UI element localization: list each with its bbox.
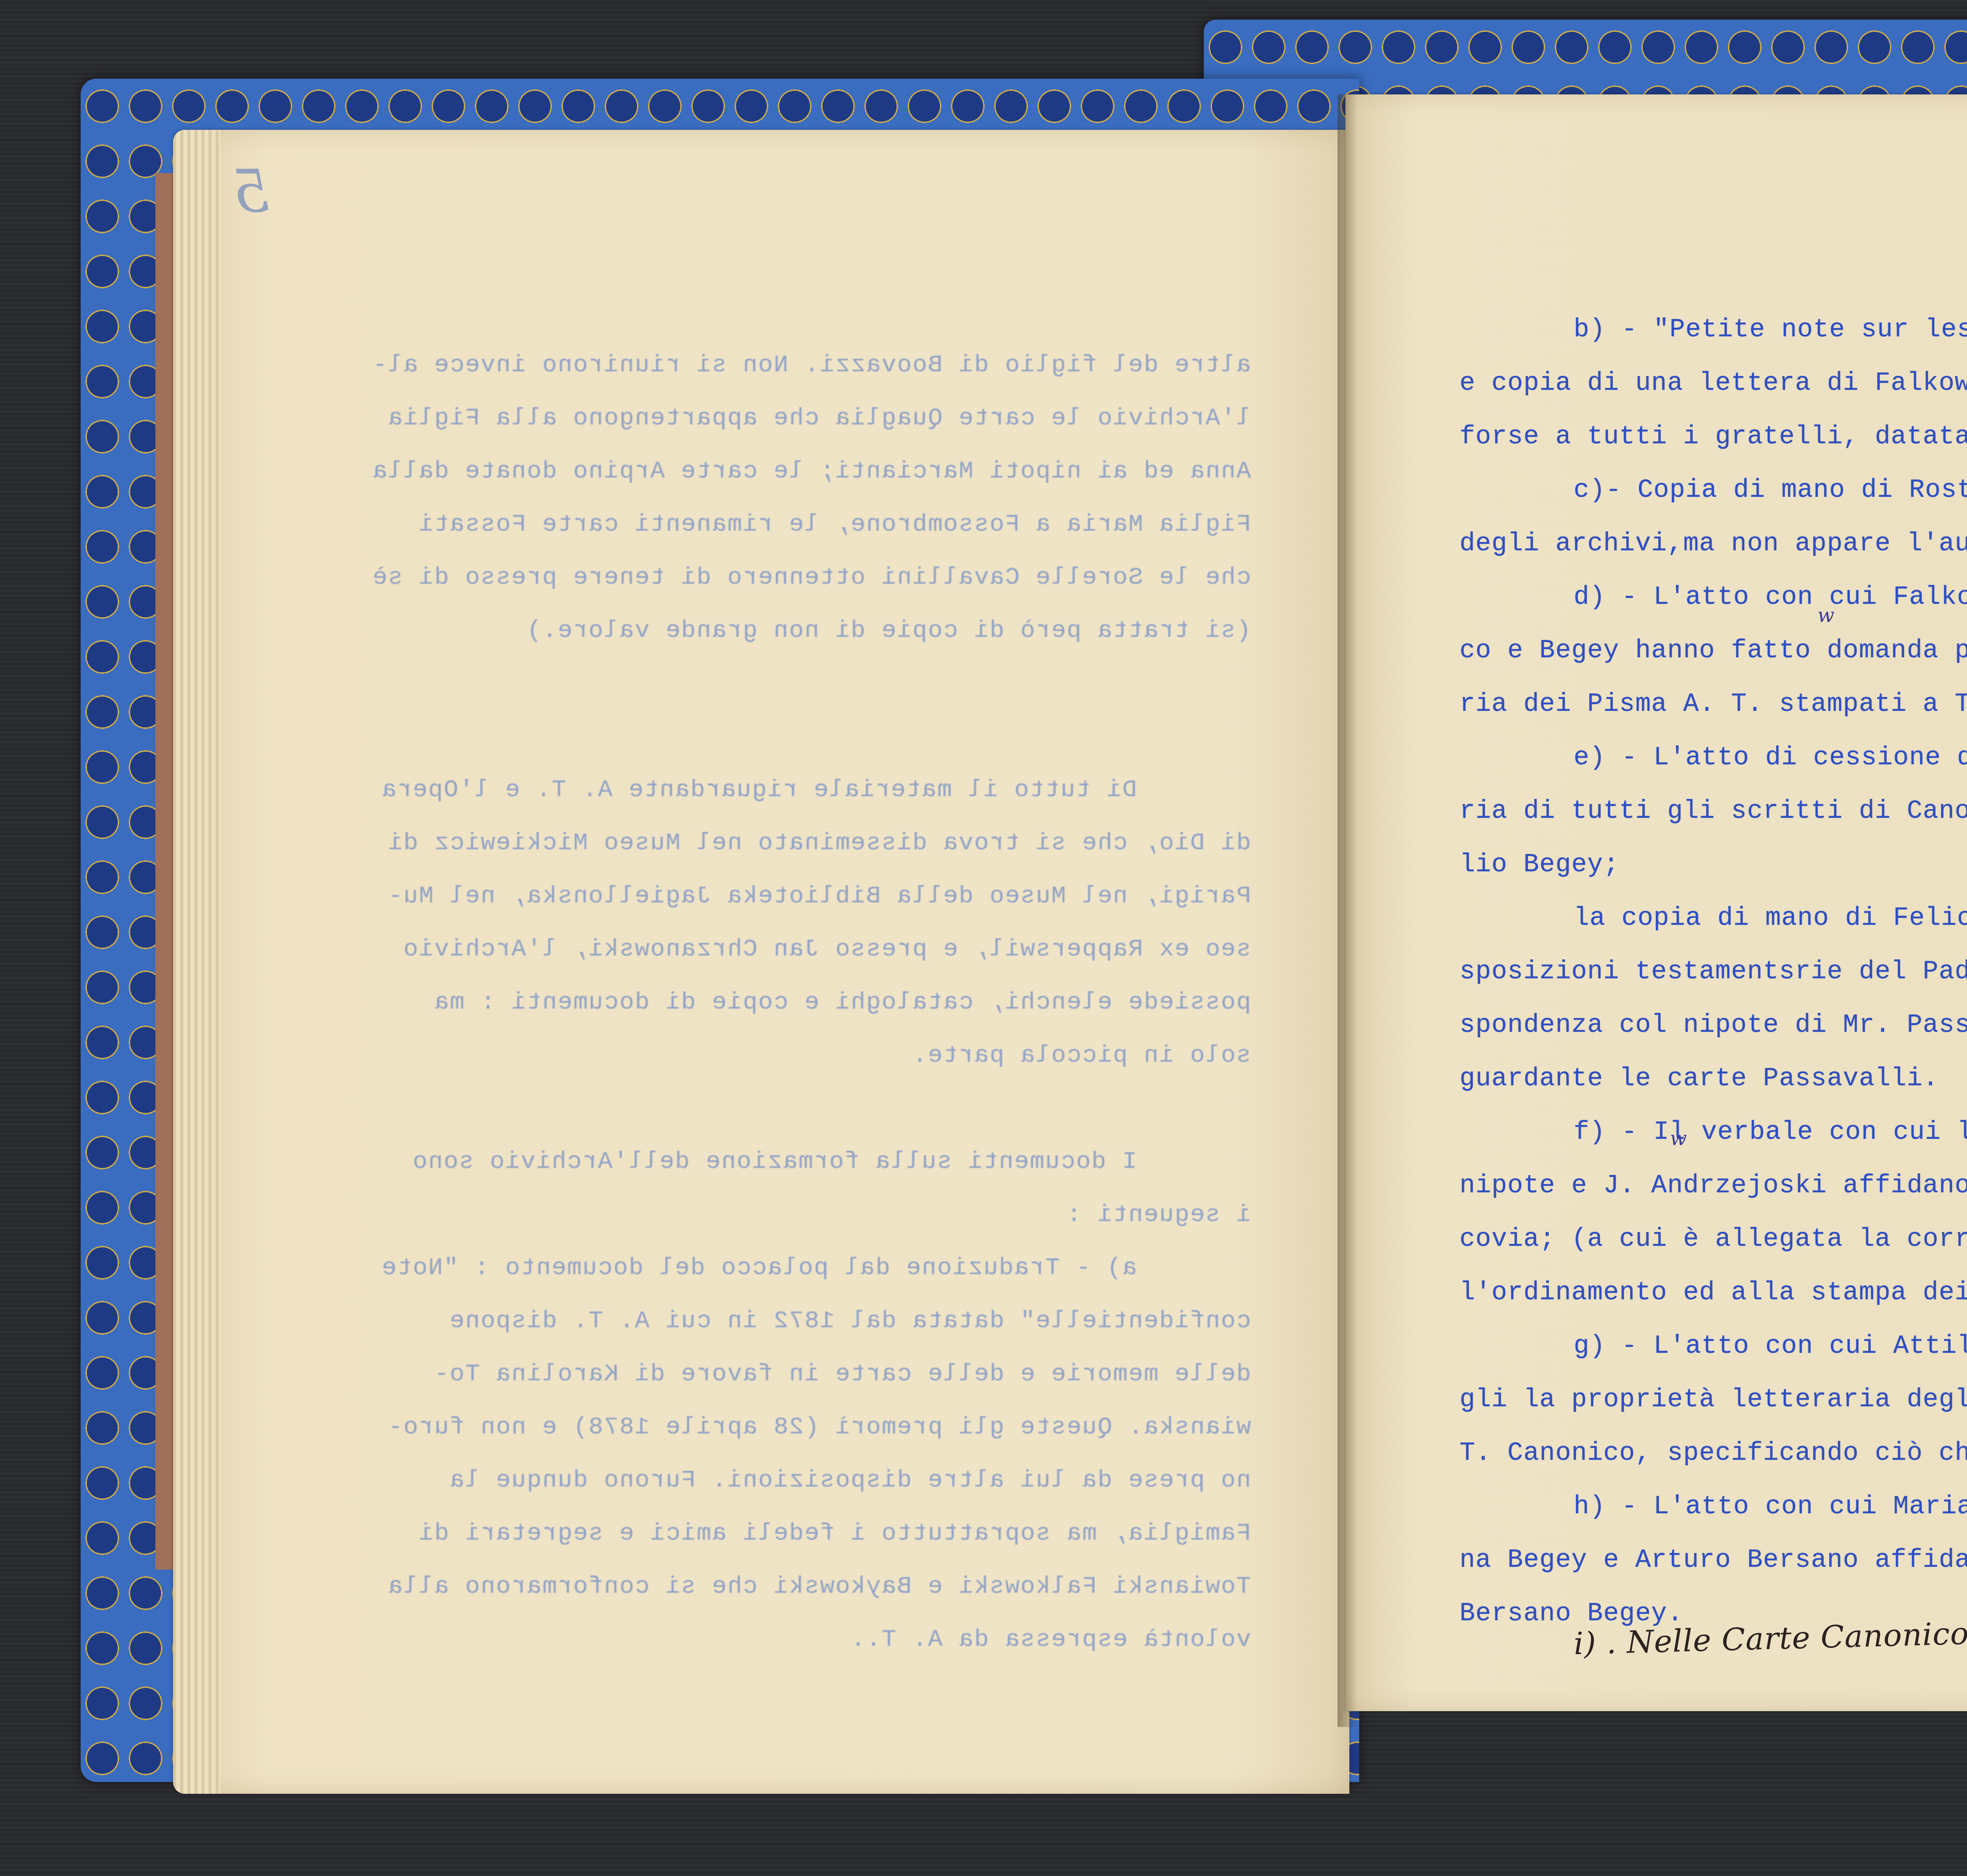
typed-line-g: g) - L'atto con cui Attilio Begey dona a… xyxy=(1460,1319,1967,1373)
offset-line: Anna ed ai nipoti Marcianti; le carte Ar… xyxy=(346,445,1251,498)
right-page-typed-text: b) - "Petite note sur les Archives" - tr… xyxy=(1460,303,1967,1640)
offset-line: Di tutto il materiale riguardante A. T. … xyxy=(346,763,1251,816)
offset-line: volontà espressa da A. T.. xyxy=(346,1613,1251,1666)
offset-line: seo ex Rapperswil, e presso Jan Chrzanow… xyxy=(346,922,1251,976)
typed-line-e: e) - L'atto di cessione della proprietà … xyxy=(1460,731,1967,784)
offset-line: no prese da lui altre disposizioni. Furo… xyxy=(346,1454,1251,1507)
offset-line: di Dio, che si trova disseminato nel Mus… xyxy=(346,816,1251,869)
typed-line: degli archivi,ma non appare l'autore. xyxy=(1460,517,1967,570)
typed-line-c: c)- Copia di mano di Rostagno sull'ordin… xyxy=(1460,463,1967,517)
typed-line: sposizioni testamentsrie del Padre per B… xyxy=(1460,945,1967,998)
offset-line: i seguenti : xyxy=(346,1188,1251,1241)
offset-line: Parigi, nel Museo della Biblioteka Jagie… xyxy=(346,869,1251,922)
typed-line-h: h) - L'atto con cui Maria Begey in Bersa… xyxy=(1460,1480,1967,1533)
offset-line: Famiglia, ma soprattutto i fedeli amici … xyxy=(346,1507,1251,1560)
left-page-number-mirrored: 5 xyxy=(232,157,269,226)
typed-line-b: b) - "Petite note sur les Archives" - tr… xyxy=(1460,303,1967,356)
offset-line: Towianski Falkowski e Baykowski che si c… xyxy=(346,1560,1251,1613)
typed-line: na Begey e Arturo Bersano affidano gli a… xyxy=(1460,1533,1967,1587)
typed-line: lio Begey; xyxy=(1460,838,1967,891)
handwritten-correction-falkowski: w xyxy=(1818,604,1834,627)
typed-line: covia; (a cui è allegata la corrisponden… xyxy=(1460,1212,1967,1266)
typed-line: co e Begey hanno fatto domanda per la pr… xyxy=(1460,624,1967,677)
offset-line: possiede elenchi, cataloghi e copie di d… xyxy=(346,976,1251,1029)
typed-line: T. Canonico, specificando ciò che ha sol… xyxy=(1460,1426,1967,1480)
left-page-offset-text: altre del figlio di Boovazzi. Non si riu… xyxy=(346,338,1251,1666)
typed-line: guardante le carte Passavalli. xyxy=(1460,1052,1967,1105)
offset-line: a) - Traduzione dal polacco del document… xyxy=(346,1241,1251,1294)
handwritten-correction-andrzejoski: w xyxy=(1670,1127,1687,1150)
offset-line: delle memorie e delle carte in favore di… xyxy=(346,1347,1251,1400)
typed-line-d: d) - L'atto con cui Falkowski, Baykowski… xyxy=(1460,570,1967,624)
left-page-edges xyxy=(173,130,220,1794)
typed-line: nipote e J. Andrzejoski affidano a Begey… xyxy=(1460,1159,1967,1212)
typed-line: e copia di una lettera di Falkowski a Ca… xyxy=(1460,356,1967,410)
offset-line: l'Archivio le carte Quaglia che apparten… xyxy=(346,391,1251,445)
book-gutter xyxy=(1338,94,1357,1727)
offset-line: solo in piccola parte. xyxy=(346,1029,1251,1082)
offset-line: I documenti sulla formazione dell'Archiv… xyxy=(346,1135,1251,1188)
typed-line: ria dei Pisma A. T. stampati a Torino ne… xyxy=(1460,677,1967,731)
typed-line-e-continued: la copia di mano di Felicita Canonico, d… xyxy=(1460,891,1967,945)
offset-line: (si tratta però di copie di non grande v… xyxy=(346,604,1251,657)
typed-line-f: f) - Il verbale con cui la figlia di Tow… xyxy=(1460,1105,1967,1159)
typed-line: spondenza col nipote di Mr. Passavalli, … xyxy=(1460,998,1967,1052)
offset-line: wianska. Queste gli premorì (28 aprile 1… xyxy=(346,1400,1251,1454)
cover-spine-strip xyxy=(155,173,173,1570)
typed-line: forse a tutti i gratelli, datata da Zuri… xyxy=(1460,410,1967,463)
typed-line: l'ordinamento ed alla stampa dei documen… xyxy=(1460,1266,1967,1319)
typed-line: ria di tutti gli scritti di Canonico e d… xyxy=(1460,784,1967,838)
offset-line: altre del figlio di Boovazzi. Non si riu… xyxy=(346,338,1251,391)
offset-line: che le Sorelle Cavallini ottennero di te… xyxy=(346,551,1251,604)
typed-line: gli la proprietà letteraria degli Scritt… xyxy=(1460,1373,1967,1426)
offset-line: confidentielle" datata dal 1872 in cui A… xyxy=(346,1294,1251,1347)
offset-line: Figlia Maria a Fossombrone, le rimanenti… xyxy=(346,498,1251,551)
